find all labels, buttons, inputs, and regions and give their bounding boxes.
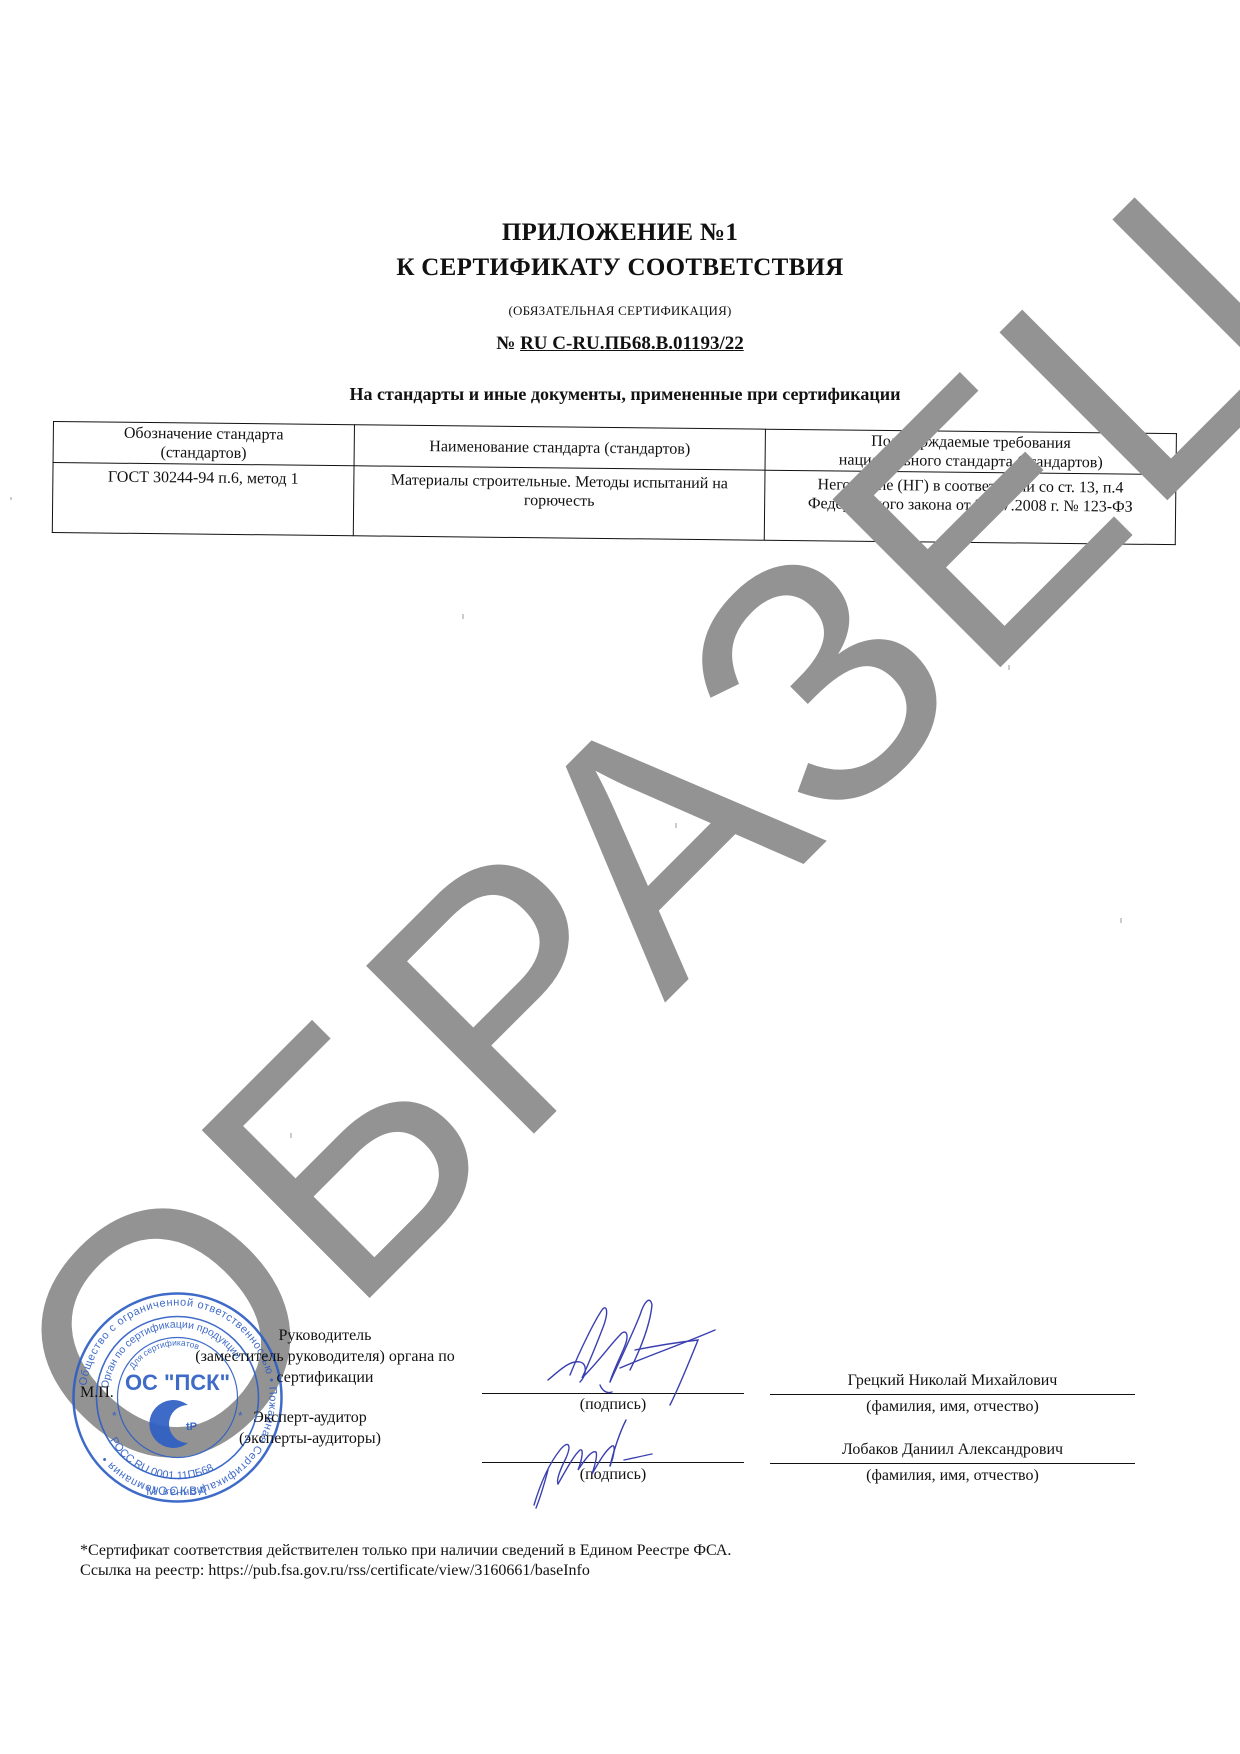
head-name-line [770, 1394, 1135, 1395]
certificate-number-value: RU C-RU.ПБ68.В.01193/22 [520, 333, 744, 354]
document-title: ПРИЛОЖЕНИЕ №1 [0, 219, 1240, 247]
certification-type: (ОБЯЗАТЕЛЬНАЯ СЕРТИФИКАЦИЯ) [0, 303, 1240, 319]
section-heading: На стандарты и иные документы, примененн… [0, 384, 1240, 405]
number-sign: № [496, 333, 515, 354]
column-header-requirements: Подтверждаемые требования национального … [765, 429, 1176, 474]
expert-full-name: Лобаков Даниил Александрович [770, 1441, 1135, 1459]
cell-requirements: Негорючие (НГ) в соответствии со ст. 13,… [765, 470, 1176, 544]
cell-name: Материалы строительные. Методы испытаний… [353, 466, 765, 540]
head-full-name: Грецкий Николай Михайлович [770, 1372, 1135, 1390]
scan-speck [1008, 665, 1010, 670]
footnote: *Сертификат соответствия действителен то… [80, 1541, 731, 1581]
stamp-placement-mark: М.П. [80, 1384, 114, 1402]
footnote-validity: *Сертификат соответствия действителен то… [80, 1541, 731, 1561]
registry-link[interactable]: https://pub.fsa.gov.ru/rss/certificate/v… [208, 1562, 590, 1579]
scan-speck [1120, 918, 1122, 923]
expert-role: Эксперт-аудитор (эксперты-аудиторы) [200, 1407, 420, 1449]
expert-name-line [770, 1463, 1135, 1464]
svg-text:*: * [112, 1409, 117, 1423]
column-header-name: Наименование стандарта (стандартов) [354, 425, 766, 470]
certificate-appendix-page: ПРИЛОЖЕНИЕ №1 К СЕРТИФИКАТУ СООТВЕТСТВИЯ… [0, 0, 1240, 1754]
standards-table-wrapper: Обозначение стандарта (стандартов) Наиме… [52, 421, 1177, 545]
head-name-label: (фамилия, имя, отчество) [770, 1398, 1135, 1416]
column-header-designation: Обозначение стандарта (стандартов) [53, 422, 354, 466]
scan-speck [675, 823, 677, 828]
stamp-city: МОСКВА [146, 1484, 209, 1498]
certificate-number: № RU C-RU.ПБ68.В.01193/22 [0, 333, 1240, 355]
expert-handwritten-signature [520, 1410, 670, 1510]
cell-designation: ГОСТ 30244-94 п.6, метод 1 [52, 463, 353, 536]
head-role: Руководитель (заместитель руководителя) … [175, 1325, 475, 1388]
footnote-registry-link-line: Ссылка на реестр: https://pub.fsa.gov.ru… [80, 1561, 731, 1581]
scan-speck [462, 614, 464, 619]
head-handwritten-signature [540, 1290, 720, 1410]
scan-speck [10, 497, 12, 500]
scan-speck [290, 1133, 292, 1138]
table-row: ГОСТ 30244-94 п.6, метод 1 Материалы стр… [52, 463, 1176, 545]
expert-name-label: (фамилия, имя, отчество) [770, 1467, 1135, 1485]
stamp-logo-icon [149, 1400, 188, 1448]
standards-table: Обозначение стандарта (стандартов) Наиме… [52, 421, 1177, 545]
document-subtitle-title: К СЕРТИФИКАТУ СООТВЕТСТВИЯ [0, 254, 1240, 282]
svg-text:tP: tP [186, 1421, 197, 1433]
